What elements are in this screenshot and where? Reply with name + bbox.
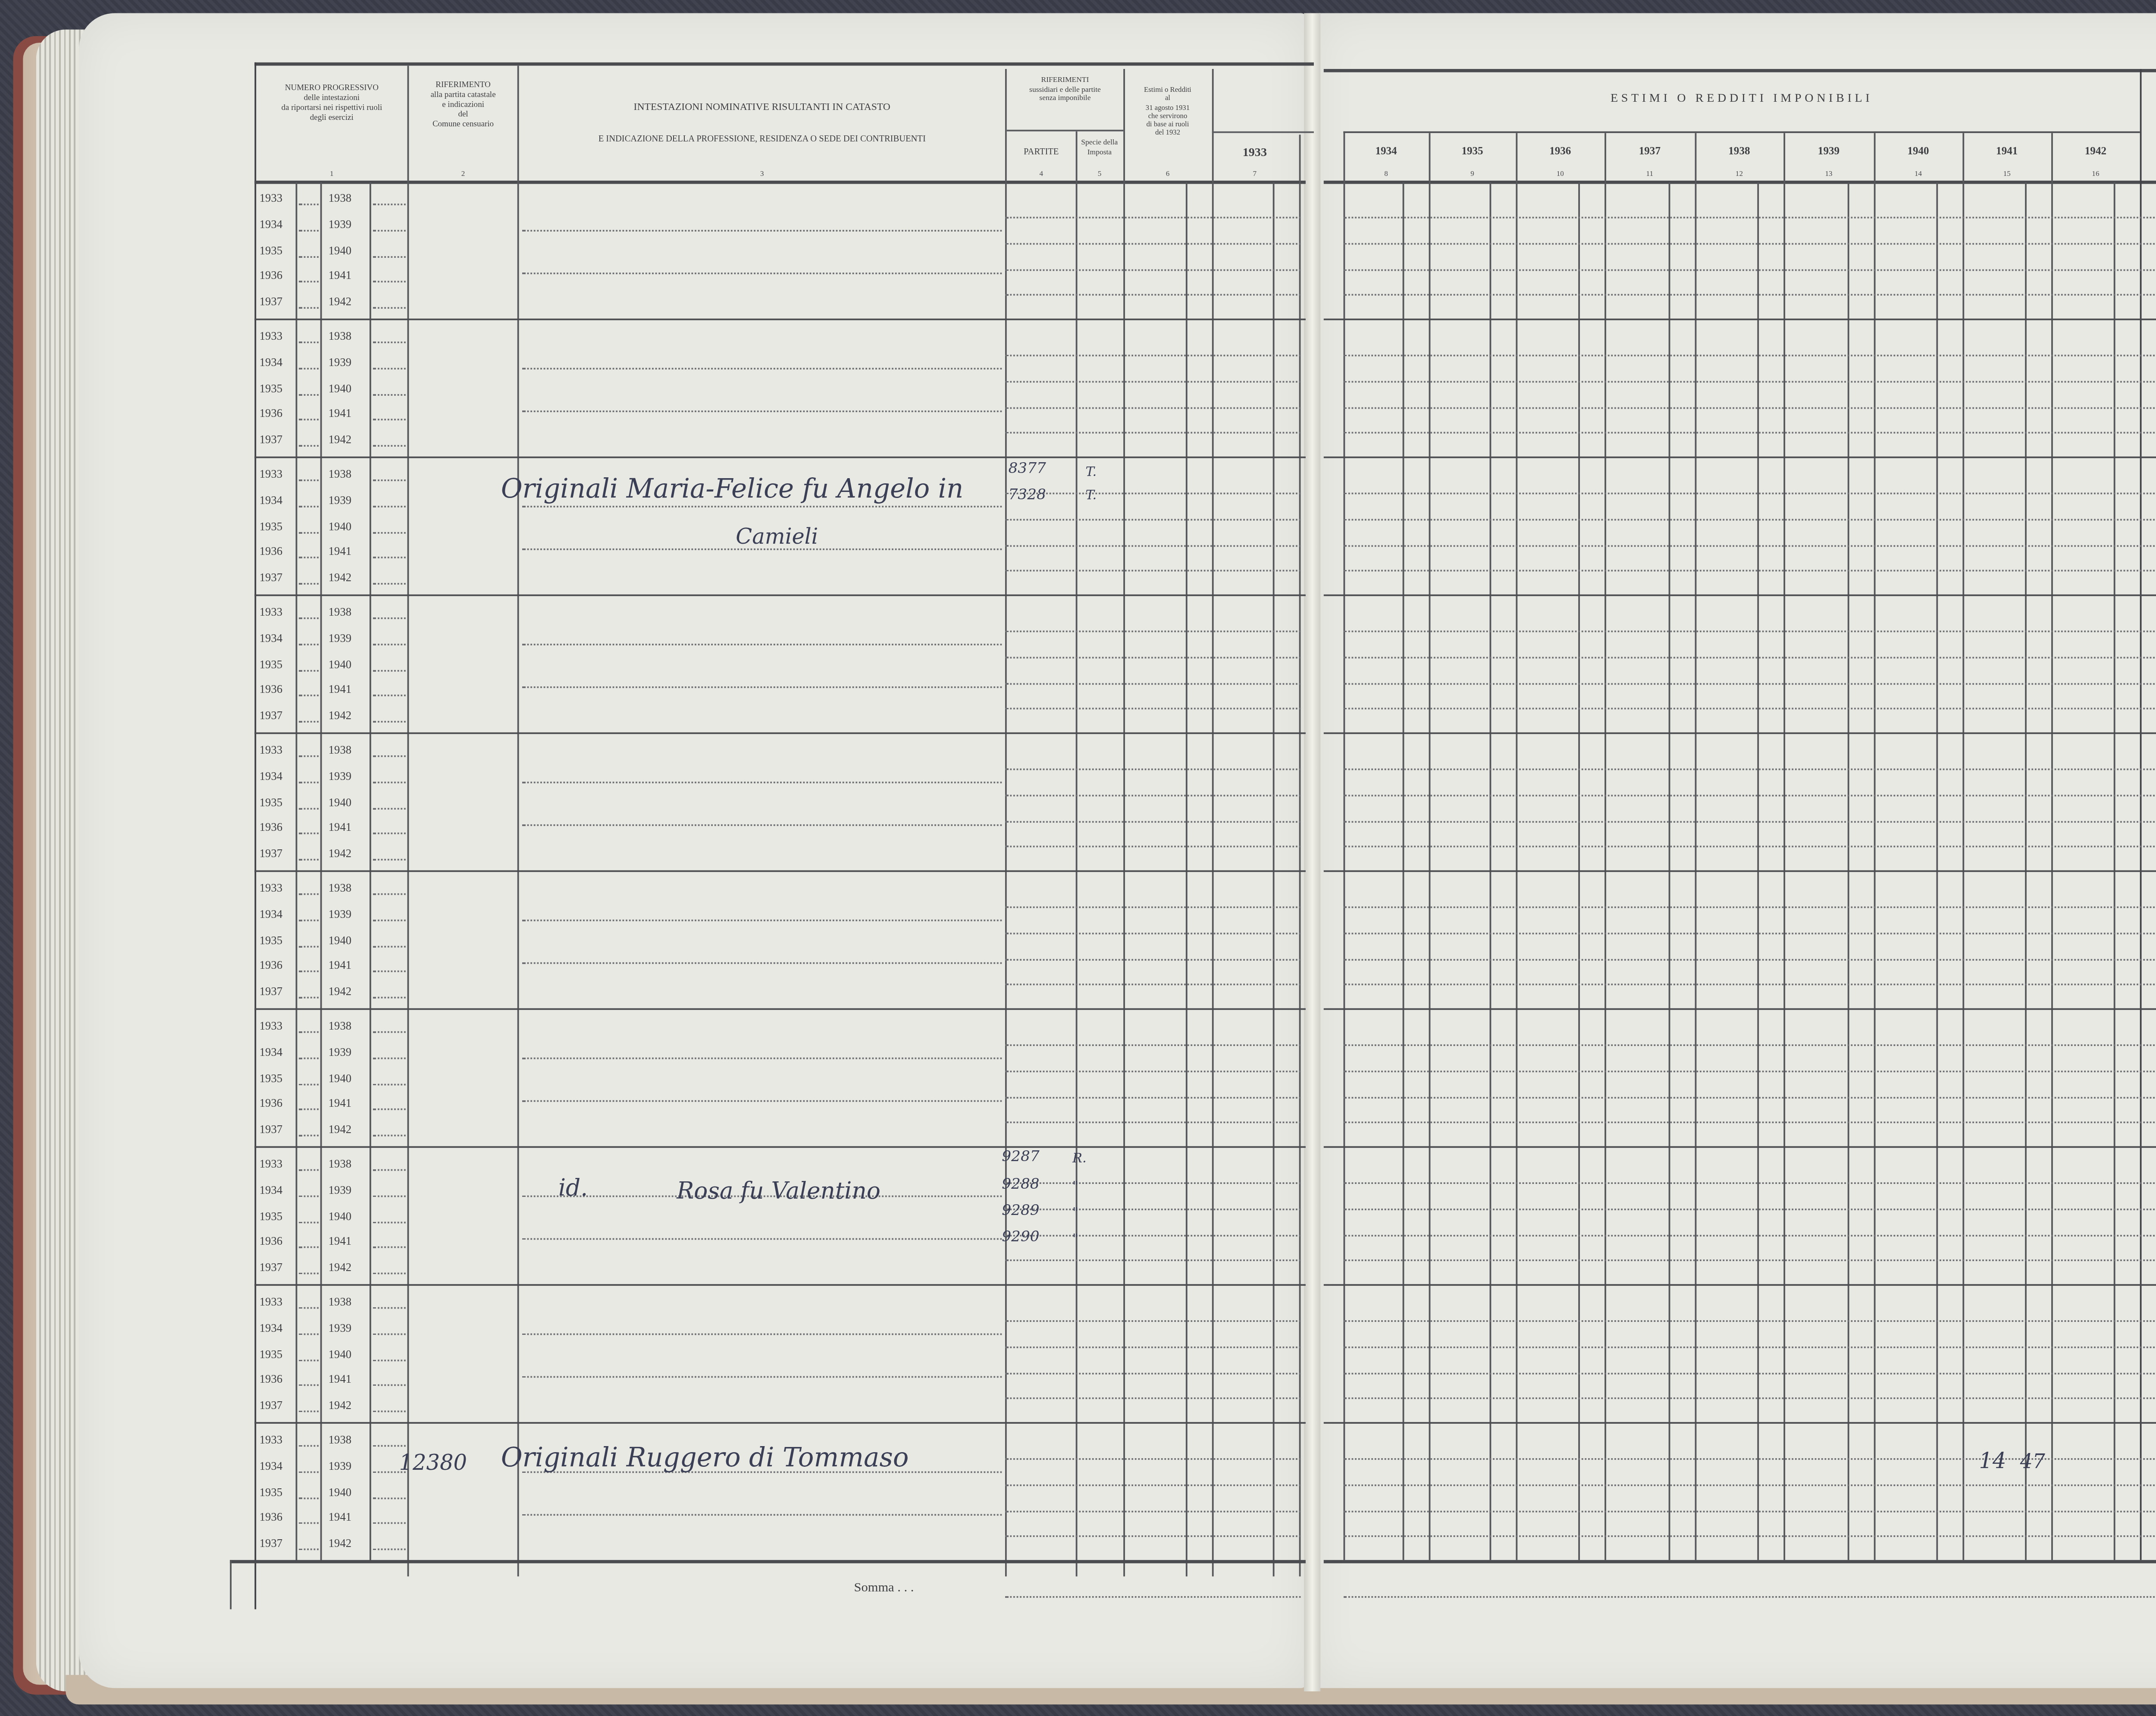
- col6-line: di base ai ruoli: [1123, 120, 1212, 129]
- year-label: 1939: [329, 1321, 351, 1334]
- dotted-rule: [1005, 1234, 1301, 1236]
- year-column-number: 13: [1783, 169, 1874, 177]
- col1-line: delle intestazioni: [256, 95, 407, 105]
- year-label: 1934: [260, 1046, 282, 1058]
- dotted-rule: [1005, 1182, 1301, 1184]
- dotted-rule: [299, 1307, 319, 1309]
- year-label: 1933: [260, 192, 282, 205]
- dotted-rule: [1344, 933, 2156, 934]
- dotted-rule: [299, 1221, 319, 1223]
- col6-sub-divider: [1186, 182, 1188, 1577]
- year-label: 1936: [260, 270, 282, 283]
- dotted-rule: [299, 307, 319, 309]
- right-table-top: [1324, 69, 2156, 72]
- year-column-header: 1942: [2051, 146, 2140, 159]
- year-label: 1936: [260, 1236, 282, 1249]
- year-column-header: 1939: [1783, 146, 1874, 159]
- year-label: 1937: [260, 848, 282, 861]
- col6-line: al: [1123, 94, 1212, 103]
- col4-number: 4: [1007, 169, 1076, 177]
- year-label: 1935: [260, 658, 282, 671]
- dotted-rule: [299, 1411, 319, 1412]
- dotted-rule: [1005, 906, 1301, 908]
- year-label: 1935: [260, 1209, 282, 1222]
- dotted-rule: [299, 1333, 319, 1335]
- group-separator: [254, 871, 1306, 872]
- right-somma-line: [1344, 1596, 2156, 1598]
- dotted-rule: [1344, 1096, 2156, 1098]
- year-label: 1940: [329, 1485, 351, 1498]
- dotted-rule: [299, 583, 319, 585]
- dotted-rule: [1344, 1260, 2156, 1262]
- dotted-rule: [299, 669, 319, 671]
- col2-divider: [407, 66, 409, 1576]
- entry-id-prefix: id.: [558, 1176, 588, 1202]
- dotted-rule: [1005, 1122, 1301, 1124]
- year-label: 1935: [260, 1347, 282, 1360]
- dotted-rule: [299, 1523, 319, 1525]
- dotted-rule: [1344, 1070, 2156, 1072]
- dotted-rule: [1344, 984, 2156, 986]
- value-1941-centesimi: 47: [2020, 1450, 2045, 1473]
- year-label: 1934: [260, 770, 282, 783]
- photo-background: NUMERO PROGRESSIVO delle intestazioni da…: [0, 0, 2156, 1716]
- dotted-rule: [299, 531, 319, 533]
- dotted-rule: [299, 1169, 319, 1171]
- somma-left-border: [230, 1560, 232, 1609]
- year-label: 1933: [260, 606, 282, 619]
- year-label: 1936: [260, 546, 282, 559]
- year-label: 1933: [260, 468, 282, 481]
- name-rule: [522, 1376, 1002, 1378]
- year-label: 1941: [329, 408, 351, 421]
- group-separator: [1324, 1422, 2156, 1424]
- year-label: 1938: [329, 1158, 351, 1171]
- dotted-rule: [299, 807, 319, 809]
- year-label: 1933: [260, 1296, 282, 1309]
- col4-title: PARTITE: [1007, 148, 1076, 159]
- col1-title: NUMERO PROGRESSIVO: [256, 85, 407, 95]
- year-label: 1941: [329, 960, 351, 973]
- col1-line: da riportarsi nei rispettivi ruoli: [256, 105, 407, 115]
- year-label: 1940: [329, 934, 351, 947]
- col7-sub-divider: [1273, 182, 1275, 1577]
- col6-line: del 1932: [1123, 129, 1212, 138]
- dotted-rule: [1344, 1398, 2156, 1400]
- group-separator: [254, 1008, 1306, 1010]
- dotted-rule: [1005, 1044, 1301, 1046]
- group-separator: [254, 1284, 1306, 1286]
- dotted-rule: [1344, 1044, 2156, 1046]
- entry-ref-partita: 12380: [399, 1452, 467, 1476]
- dotted-rule: [1344, 493, 2156, 495]
- dotted-rule: [1005, 269, 1301, 270]
- year-label: 1939: [329, 356, 351, 369]
- year-label: 1934: [260, 356, 282, 369]
- dotted-rule: [373, 307, 406, 309]
- year-label: 1939: [329, 494, 351, 507]
- year-label: 1938: [329, 468, 351, 481]
- dotted-rule: [299, 505, 319, 507]
- partita-number: 9288: [1002, 1177, 1039, 1194]
- right-table-left-border: [1344, 132, 1345, 1560]
- dotted-rule: [373, 1307, 406, 1309]
- year-label: 1937: [260, 1124, 282, 1137]
- group-separator: [1324, 319, 2156, 320]
- year-label: 1938: [329, 192, 351, 205]
- dotted-rule: [299, 256, 319, 257]
- dotted-rule: [299, 367, 319, 369]
- dotted-rule: [373, 721, 406, 723]
- year-label: 1933: [260, 744, 282, 757]
- dotted-rule: [1005, 768, 1301, 770]
- year-column-number: 10: [1516, 169, 1604, 177]
- year-label: 1940: [329, 244, 351, 257]
- dotted-rule: [299, 755, 319, 757]
- year-label: 1936: [260, 684, 282, 697]
- dotted-rule: [373, 229, 406, 231]
- dotted-rule: [299, 1109, 319, 1111]
- specie-imposta: ": [1072, 1231, 1078, 1246]
- esenzioni-line: e scadenze: [2142, 131, 2156, 140]
- col2-header: RIFERIMENTO alla partita catastale e ind…: [409, 82, 517, 131]
- dotted-rule: [1005, 519, 1301, 520]
- esenzioni-header: ESENZIONI — Ammontare degli estimi o red…: [2142, 85, 2156, 140]
- year-label: 1934: [260, 632, 282, 645]
- dotted-rule: [373, 394, 406, 395]
- dotted-rule: [1005, 545, 1301, 546]
- dotted-rule: [373, 479, 406, 481]
- dotted-rule: [1344, 570, 2156, 572]
- dotted-rule: [299, 1031, 319, 1033]
- year-label: 1939: [329, 1046, 351, 1058]
- dotted-rule: [1005, 708, 1301, 710]
- dotted-rule: [1344, 768, 2156, 770]
- dotted-rule: [1005, 355, 1301, 357]
- col45-subheader-line: [1007, 130, 1123, 132]
- dotted-rule: [299, 1135, 319, 1137]
- dotted-rule: [299, 204, 319, 205]
- year-label: 1937: [260, 710, 282, 723]
- specie-imposta: ": [1072, 1206, 1078, 1220]
- year-label: 1934: [260, 1184, 282, 1196]
- dotted-rule: [1344, 381, 2156, 382]
- table-top-border: [254, 63, 1314, 66]
- entry-residence-camieli: Camieli: [736, 526, 818, 550]
- name-rule: [522, 368, 1002, 370]
- year-label: 1934: [260, 1321, 282, 1334]
- year-label: 1941: [329, 1373, 351, 1386]
- dotted-rule: [299, 695, 319, 697]
- year-label: 1939: [329, 1459, 351, 1472]
- dotted-rule: [1005, 381, 1301, 382]
- dotted-rule: [1005, 820, 1301, 822]
- dotted-rule: [1005, 1398, 1301, 1400]
- dotted-rule: [1344, 407, 2156, 408]
- group-separator: [1324, 1284, 2156, 1286]
- dotted-rule: [299, 420, 319, 421]
- year-label: 1938: [329, 1020, 351, 1033]
- specie-imposta: T.: [1086, 465, 1097, 479]
- dotted-rule: [1344, 294, 2156, 296]
- dotted-rule: [1344, 958, 2156, 960]
- dotted-rule: [373, 557, 406, 559]
- dotted-rule: [1005, 1372, 1301, 1374]
- dotted-rule: [299, 394, 319, 395]
- dotted-rule: [373, 341, 406, 343]
- year-column-number: 15: [1962, 169, 2051, 177]
- dotted-rule: [1005, 1260, 1301, 1262]
- year-label: 1942: [329, 1124, 351, 1137]
- partita-number: 9287: [1002, 1149, 1039, 1166]
- group-separator: [254, 457, 1306, 458]
- dotted-rule: [1344, 432, 2156, 434]
- col6-number: 6: [1123, 169, 1212, 177]
- year-label: 1936: [260, 1098, 282, 1111]
- years-top-line: [1344, 132, 2140, 133]
- somma-label: Somma . . .: [854, 1580, 1002, 1596]
- dotted-rule: [1005, 984, 1301, 986]
- dotted-rule: [1344, 269, 2156, 270]
- partita-number: 9289: [1002, 1204, 1039, 1220]
- dotted-rule: [373, 1247, 406, 1249]
- name-rule: [522, 1058, 1002, 1059]
- right-table-bottom: [1324, 1560, 2156, 1563]
- dotted-rule: [373, 367, 406, 369]
- name-rule: [522, 782, 1002, 783]
- dotted-rule: [1344, 846, 2156, 848]
- name-rule: [522, 410, 1002, 412]
- dotted-rule: [1005, 657, 1301, 658]
- dotted-rule: [299, 617, 319, 619]
- year-label: 1937: [260, 1400, 282, 1412]
- name-rule: [522, 1334, 1002, 1335]
- dotted-rule: [1344, 795, 2156, 796]
- dotted-rule: [373, 1445, 406, 1447]
- dotted-rule: [1005, 1458, 1301, 1460]
- year-label: 1933: [260, 1158, 282, 1171]
- dotted-rule: [299, 557, 319, 559]
- dotted-rule: [373, 505, 406, 507]
- dotted-rule: [373, 669, 406, 671]
- dotted-rule: [299, 1083, 319, 1085]
- year-column-header: 1937: [1604, 146, 1695, 159]
- year-label: 1937: [260, 572, 282, 585]
- dotted-rule: [1005, 631, 1301, 633]
- dotted-rule: [373, 1359, 406, 1361]
- dotted-rule: [299, 282, 319, 283]
- dotted-rule: [299, 1445, 319, 1447]
- year-label: 1942: [329, 434, 351, 447]
- dotted-rule: [1005, 493, 1301, 495]
- col1-header: NUMERO PROGRESSIVO delle intestazioni da…: [256, 85, 407, 125]
- esenzioni-line: o redditi: [2142, 122, 2156, 131]
- dotted-rule: [373, 256, 406, 257]
- year-label: 1933: [260, 1434, 282, 1447]
- dotted-rule: [1344, 1510, 2156, 1512]
- dotted-rule: [299, 229, 319, 231]
- dotted-rule: [1344, 1484, 2156, 1486]
- entry-name-rosa: Rosa fu Valentino: [677, 1179, 881, 1206]
- dotted-rule: [299, 479, 319, 481]
- year-label: 1937: [260, 986, 282, 999]
- somma-line: [1005, 1596, 1301, 1598]
- entry-name-maria-felice: Originali Maria-Felice fu Angelo in: [501, 473, 964, 504]
- dotted-rule: [1344, 906, 2156, 908]
- dotted-rule: [1005, 217, 1301, 219]
- dotted-rule: [373, 420, 406, 421]
- dotted-rule: [373, 643, 406, 645]
- dotted-rule: [1344, 519, 2156, 520]
- dotted-rule: [1344, 545, 2156, 546]
- year-column-header: 1941: [1962, 146, 2051, 159]
- year-label: 1941: [329, 1236, 351, 1249]
- dotted-rule: [373, 1083, 406, 1085]
- dotted-rule: [299, 1385, 319, 1387]
- year-label: 1937: [260, 1538, 282, 1550]
- col7-top-line: [1212, 132, 1314, 133]
- dotted-rule: [373, 1135, 406, 1137]
- dotted-rule: [1344, 1536, 2156, 1538]
- dotted-rule: [373, 204, 406, 205]
- dotted-rule: [373, 1057, 406, 1059]
- dotted-rule: [299, 1497, 319, 1499]
- year-column-number: 8: [1344, 169, 1429, 177]
- name-rule: [522, 644, 1002, 645]
- year-label: 1940: [329, 1347, 351, 1360]
- col2-line: alla partita catastale: [409, 92, 517, 102]
- year-label: 1933: [260, 882, 282, 895]
- year-label: 1936: [260, 1511, 282, 1524]
- col3-title: INTESTAZIONI NOMINATIVE RISULTANTI IN CA…: [519, 102, 1005, 114]
- dotted-rule: [1005, 570, 1301, 572]
- col2-title: RIFERIMENTO: [409, 82, 517, 92]
- year-column-header: 1940: [1874, 146, 1963, 159]
- group-separator: [1324, 1008, 2156, 1010]
- name-rule: [522, 1100, 1002, 1102]
- dotted-rule: [1005, 1070, 1301, 1072]
- dotted-rule: [299, 997, 319, 999]
- col2-line: e indicazioni: [409, 102, 517, 112]
- dotted-rule: [1344, 1372, 2156, 1374]
- dotted-rule: [1005, 432, 1301, 434]
- dotted-rule: [1344, 217, 2156, 219]
- dotted-rule: [373, 971, 406, 973]
- esenzioni-line: degli estimi: [2142, 113, 2156, 122]
- dotted-rule: [373, 1411, 406, 1412]
- col6-header: Estimi o Redditi al 31 agosto 1931 che s…: [1123, 85, 1212, 138]
- name-rule: [522, 824, 1002, 826]
- name-rule: [522, 272, 1002, 274]
- dotted-rule: [373, 807, 406, 809]
- year-label: 1941: [329, 684, 351, 697]
- col6-line: Estimi o Redditi: [1123, 85, 1212, 94]
- year-label: 1935: [260, 382, 282, 395]
- year-label: 1941: [329, 546, 351, 559]
- dotted-rule: [373, 755, 406, 757]
- dotted-rule: [1005, 294, 1301, 296]
- year-label: 1936: [260, 960, 282, 973]
- year-label: 1937: [260, 1262, 282, 1274]
- year-label: 1935: [260, 244, 282, 257]
- dotted-rule: [1005, 1208, 1301, 1210]
- book-gutter: [1304, 13, 1320, 1691]
- year-column-number: 9: [1429, 169, 1516, 177]
- group-separator: [1324, 457, 2156, 458]
- dotted-rule: [373, 919, 406, 921]
- year-label: 1938: [329, 606, 351, 619]
- dotted-rule: [1005, 958, 1301, 960]
- dotted-rule: [1344, 1234, 2156, 1236]
- dotted-rule: [1005, 243, 1301, 244]
- dotted-rule: [373, 695, 406, 697]
- year-label: 1942: [329, 710, 351, 723]
- dotted-rule: [299, 1057, 319, 1059]
- group-separator: [254, 319, 1306, 320]
- dotted-rule: [299, 1359, 319, 1361]
- dotted-rule: [1344, 1320, 2156, 1322]
- dotted-rule: [1344, 820, 2156, 822]
- dotted-rule: [373, 997, 406, 999]
- col5-divider: [1076, 132, 1078, 1577]
- table-left-border: [254, 63, 256, 1610]
- dotted-rule: [1005, 846, 1301, 848]
- dotted-rule: [299, 445, 319, 447]
- year-label: 1942: [329, 1400, 351, 1412]
- year-label: 1935: [260, 934, 282, 947]
- year-label: 1940: [329, 796, 351, 809]
- dotted-rule: [373, 1385, 406, 1387]
- year-label: 1934: [260, 908, 282, 921]
- dotted-rule: [373, 945, 406, 947]
- name-rule: [522, 1238, 1002, 1240]
- year-label: 1934: [260, 1459, 282, 1472]
- year-label: 1935: [260, 796, 282, 809]
- dotted-rule: [299, 971, 319, 973]
- dotted-rule: [373, 781, 406, 783]
- dotted-rule: [373, 833, 406, 835]
- dotted-rule: [1005, 1536, 1301, 1538]
- esenzioni-divider: [2140, 69, 2142, 1560]
- year-label: 1935: [260, 520, 282, 533]
- col2-number: 2: [409, 169, 517, 177]
- group-separator: [1324, 871, 2156, 872]
- col45-line: sussidiari e delle partite: [1007, 85, 1123, 94]
- year-label: 1942: [329, 1262, 351, 1274]
- entry-name-ruggero: Originali Ruggero di Tommaso: [501, 1442, 909, 1473]
- name-rule: [522, 920, 1002, 921]
- dotted-rule: [299, 1273, 319, 1274]
- group-separator: [1324, 595, 2156, 596]
- group-separator: [254, 733, 1306, 734]
- name-rule: [522, 506, 1002, 507]
- dotted-rule: [373, 1169, 406, 1171]
- year-label: 1933: [260, 330, 282, 343]
- dotted-rule: [373, 1497, 406, 1499]
- group-separator: [1324, 1146, 2156, 1148]
- year-label: 1942: [329, 986, 351, 999]
- col7-right-border: [1299, 135, 1301, 1576]
- dotted-rule: [1005, 1346, 1301, 1348]
- dotted-rule: [299, 859, 319, 861]
- year-column-header: 1934: [1344, 146, 1429, 159]
- year-label: 1942: [329, 848, 351, 861]
- year-column-header: 1938: [1695, 146, 1784, 159]
- partita-number: 9290: [1002, 1230, 1039, 1246]
- esenzioni-line: Ammontare: [2142, 103, 2156, 113]
- year-label: 1942: [329, 296, 351, 309]
- year-label: 1938: [329, 1434, 351, 1447]
